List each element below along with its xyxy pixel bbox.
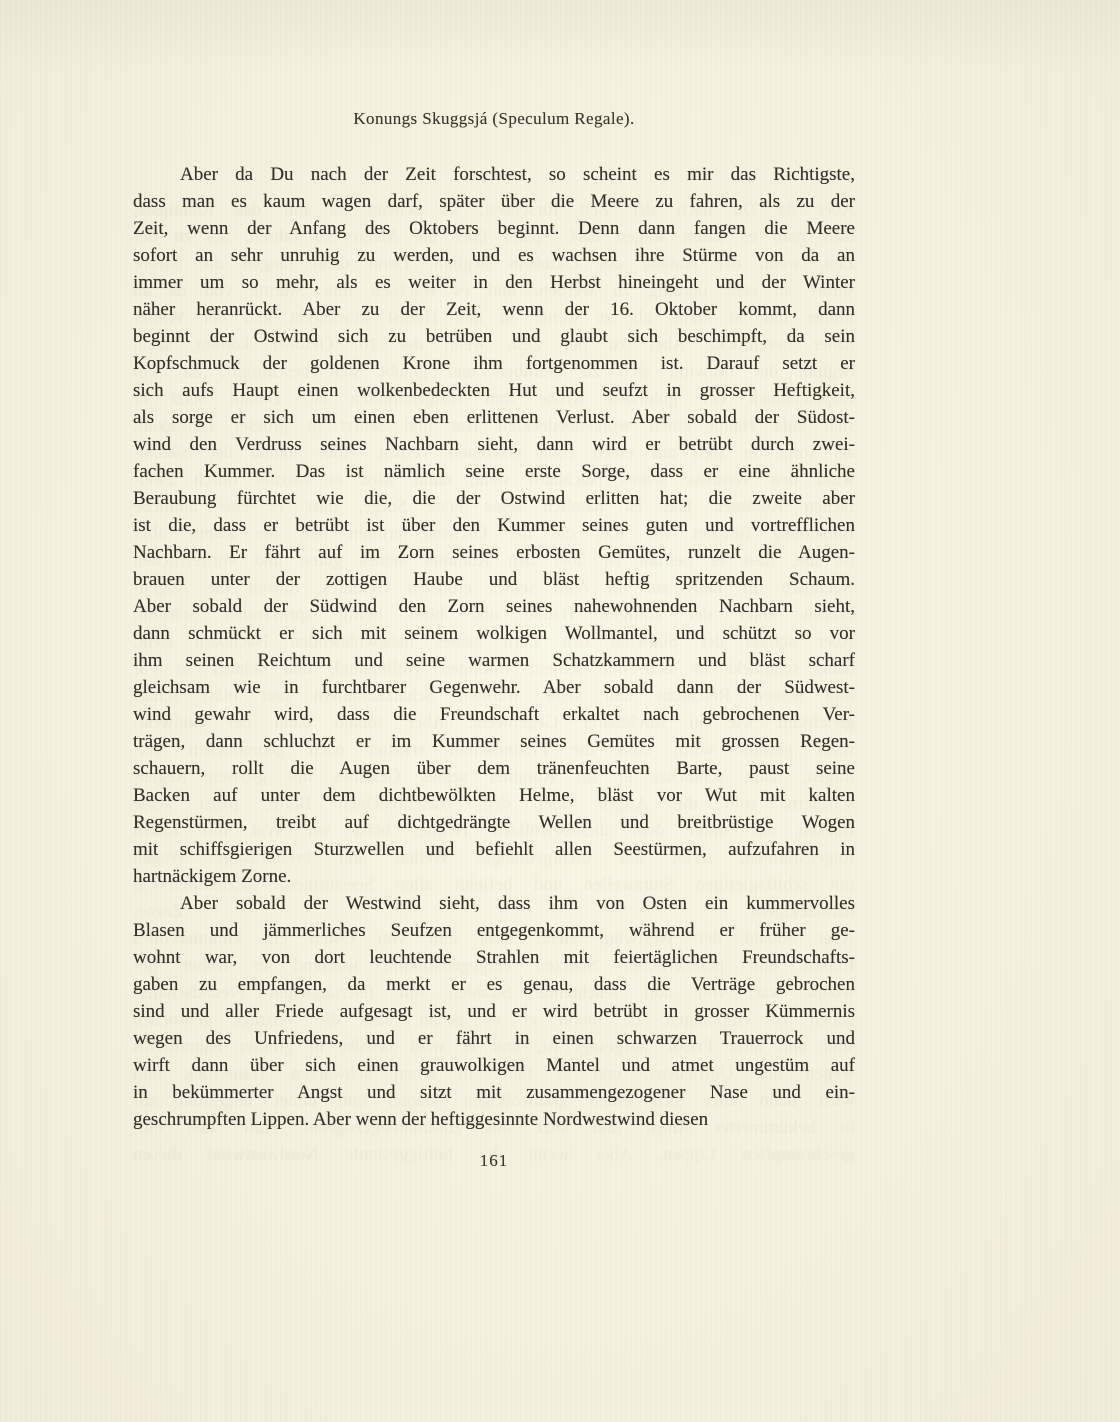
text-line: geschrumpften Lippen. Aber wenn der heft… xyxy=(133,1106,855,1133)
text-line: Zeit, wenn der Anfang des Oktobers begin… xyxy=(133,215,855,242)
text-line: wohnt war, von dort leuchtende Strahlen … xyxy=(133,944,855,971)
text-line: beginnt der Ostwind sich zu betrüben und… xyxy=(133,323,855,350)
text-line: sind und aller Friede aufgesagt ist, und… xyxy=(133,998,855,1025)
text-line: brauen unter der zottigen Haube und bläs… xyxy=(133,566,855,593)
text-line: Regenstürmen, treibt auf dichtgedrängte … xyxy=(133,809,855,836)
text-line: Kopfschmuck der goldenen Krone ihm fortg… xyxy=(133,350,855,377)
text-line: wirft dann über sich einen grauwolkigen … xyxy=(133,1052,855,1079)
text-line: sich aufs Haupt einen wolkenbedeckten Hu… xyxy=(133,377,855,404)
text-line: in bekümmerter Angst und sitzt mit zusam… xyxy=(133,1079,855,1106)
text-line: Beraubung fürchtet wie die, die der Ostw… xyxy=(133,485,855,512)
text-line: ihm seinen Reichtum und seine warmen Sch… xyxy=(133,647,855,674)
paragraph: Aber sobald der Westwind sieht, dass ihm… xyxy=(133,890,855,1133)
text-line: Nachbarn. Er fährt auf im Zorn seines er… xyxy=(133,539,855,566)
text-line: wind den Verdruss seines Nachbarn sieht,… xyxy=(133,431,855,458)
scanned-book-page: Aber da Du nach der Zeit forschtest, so … xyxy=(0,0,1120,1422)
text-line: dass man es kaum wagen darf, später über… xyxy=(133,188,855,215)
text-line: gaben zu empfangen, da merkt er es genau… xyxy=(133,971,855,998)
text-line: Aber sobald der Westwind sieht, dass ihm… xyxy=(133,890,855,917)
text-line: als sorge er sich um einen eben erlitten… xyxy=(133,404,855,431)
text-line: Blasen und jämmerliches Seufzen entgegen… xyxy=(133,917,855,944)
page-number: 161 xyxy=(133,1151,855,1171)
text-line: dann schmückt er sich mit seinem wolkige… xyxy=(133,620,855,647)
text-line: näher heranrückt. Aber zu der Zeit, wenn… xyxy=(133,296,855,323)
text-line: trägen, dann schluchzt er im Kummer sein… xyxy=(133,728,855,755)
text-line: hartnäckigem Zorne. xyxy=(133,863,855,890)
text-line: Aber sobald der Südwind den Zorn seines … xyxy=(133,593,855,620)
text-line: ist die, dass er betrübt ist über den Ku… xyxy=(133,512,855,539)
text-line: Backen auf unter dem dichtbewölkten Helm… xyxy=(133,782,855,809)
text-line: sofort an sehr unruhig zu werden, und es… xyxy=(133,242,855,269)
page-body: Aber da Du nach der Zeit forschtest, so … xyxy=(133,161,855,1133)
text-line: Aber da Du nach der Zeit forschtest, so … xyxy=(133,161,855,188)
text-line: wegen des Unfriedens, und er fährt in ei… xyxy=(133,1025,855,1052)
text-line: gleichsam wie in furchtbarer Gegenwehr. … xyxy=(133,674,855,701)
text-line: wind gewahr wird, dass die Freundschaft … xyxy=(133,701,855,728)
running-head: Konungs Skuggsjá (Speculum Regale). xyxy=(133,109,855,129)
text-line: schauern, rollt die Augen über dem träne… xyxy=(133,755,855,782)
text-line: fachen Kummer. Das ist nämlich seine ers… xyxy=(133,458,855,485)
paragraph: Aber da Du nach der Zeit forschtest, so … xyxy=(133,161,855,890)
text-line: mit schiffsgierigen Sturzwellen und befi… xyxy=(133,836,855,863)
text-line: immer um so mehr, als es weiter in den H… xyxy=(133,269,855,296)
